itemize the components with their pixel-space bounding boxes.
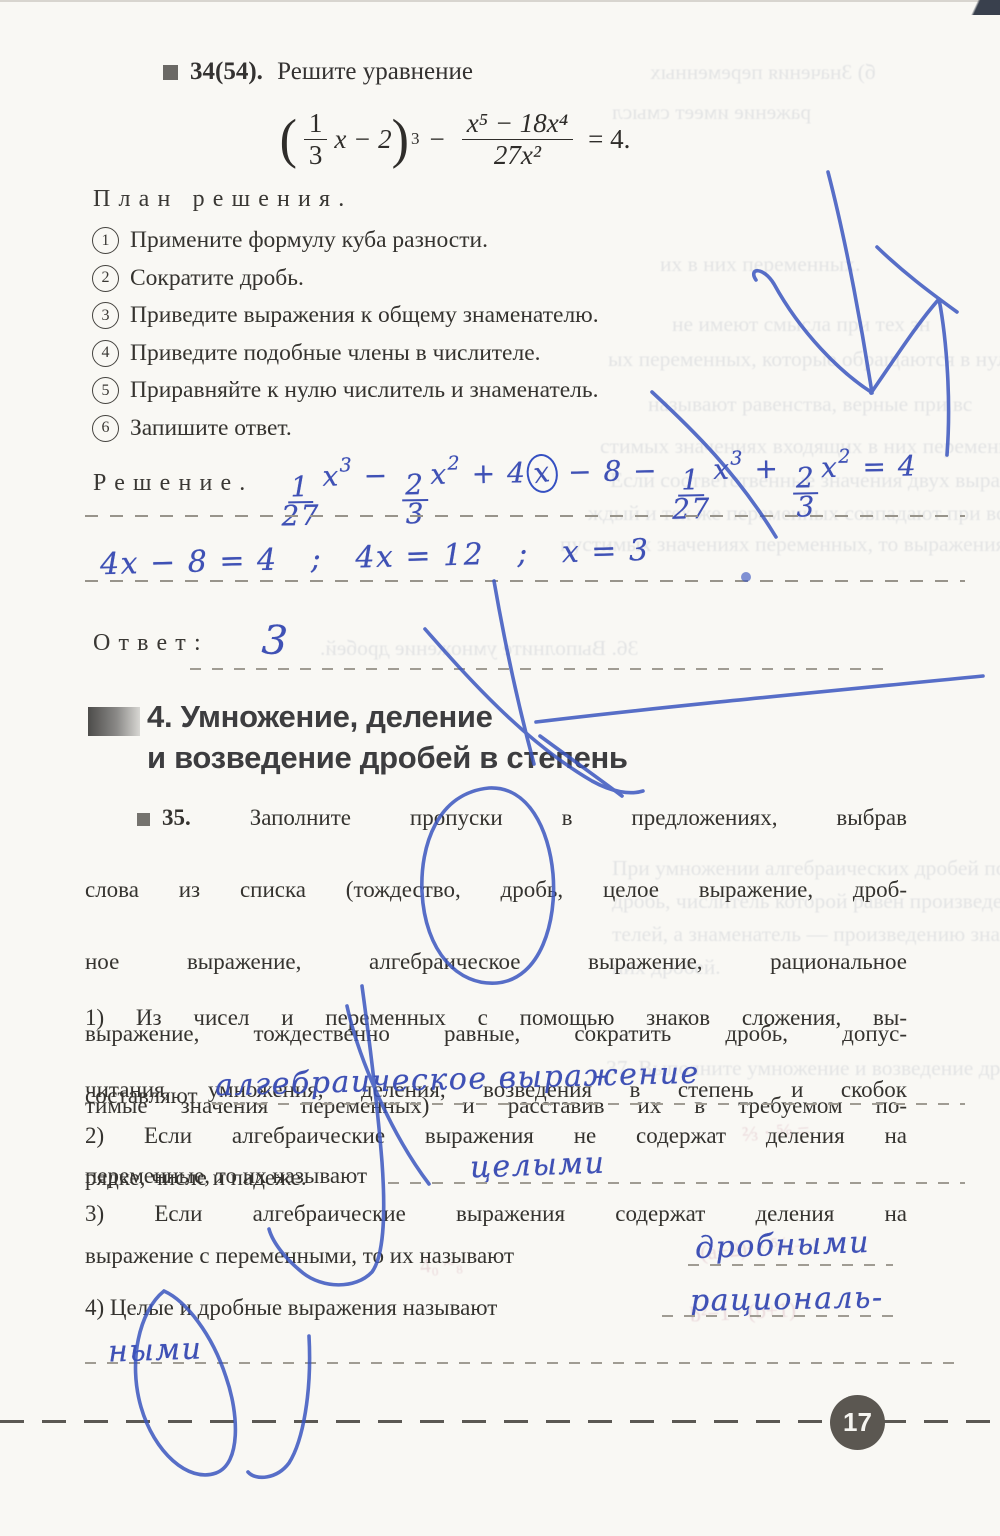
write-line — [190, 668, 890, 670]
item-4: 4) Целые и дробные выражения называют — [85, 1290, 497, 1326]
problem-35-line: слова из списка (тождество, дробь, целое… — [85, 872, 907, 944]
problem-number: 35. — [162, 805, 191, 830]
scan-top-edge — [0, 0, 1000, 2]
write-line — [85, 580, 965, 582]
handwritten-answer: 3 — [260, 617, 290, 665]
bleed-text: б) Значения переменных — [650, 60, 876, 85]
plan-item: 4 Приведите подобные члены в числителе. — [92, 335, 892, 373]
open-paren: ( — [280, 108, 297, 170]
page-number: 17 — [843, 1407, 872, 1438]
problem-bullet-icon — [163, 65, 178, 80]
fraction-one-third: 1 3 — [304, 109, 328, 169]
plan-heading: План решения. — [93, 186, 352, 213]
scan-corner-shadow — [954, 0, 1000, 15]
cube-exponent: 3 — [411, 129, 420, 149]
problem-35-line: 35. Заполните пропуски в предложениях, в… — [85, 800, 907, 872]
handwritten-answer-3: дробными — [694, 1225, 870, 1266]
problem-34-header: 34(54). Решите уравнение — [163, 58, 473, 86]
bleed-text: 36. Выполните умножение дробей. — [320, 636, 638, 661]
item-1-answer-row: составляют — [85, 1078, 198, 1114]
item-3-answer-row: выражение с переменными, то их называют — [85, 1238, 514, 1274]
circled-number-icon: 6 — [92, 415, 119, 442]
plan-item: 2 Сократите дробь. — [92, 260, 892, 298]
plan-list: 1 Примените формулу куба разности. 2 Сок… — [92, 222, 892, 447]
write-line — [85, 1362, 965, 1364]
problem-number: 34(54). — [190, 58, 263, 85]
section-title: 4. Умножение, деление и возведение дробе… — [147, 696, 628, 778]
handwritten-answer-4b: ными — [107, 1331, 203, 1369]
write-line — [688, 1264, 893, 1266]
close-paren: ) — [392, 108, 409, 170]
item-2-answer-row: переменные, то их называют — [85, 1158, 367, 1194]
problem-title: Решите уравнение — [277, 58, 473, 85]
circled-number-icon: 3 — [92, 302, 119, 329]
circled-number-icon: 4 — [92, 340, 119, 367]
equation-rhs: = 4. — [588, 124, 630, 155]
pen-stroke — [939, 299, 949, 455]
equation-mid: x − 2 — [334, 124, 391, 155]
plan-item: 5 Приравняйте к нулю числитель и знамена… — [92, 372, 892, 410]
circled-number-icon: 2 — [92, 265, 119, 292]
plan-item: 6 Запишите ответ. — [92, 410, 892, 448]
write-line — [388, 1182, 965, 1184]
circled-number-icon: 5 — [92, 377, 119, 404]
handwritten-solution-line2: 4x − 8 = 4 ; 4x = 12 ; x = 3 — [100, 533, 650, 582]
page-number-badge: 17 — [830, 1395, 885, 1450]
answer-label: Ответ: — [93, 630, 209, 657]
equation: ( 1 3 x − 2 ) 3 − x⁵ − 18x⁴ 27x² = 4. — [85, 98, 825, 180]
problem-bullet-icon — [137, 813, 150, 826]
minus-sign: − — [429, 124, 444, 155]
section-gradient-bar — [88, 707, 140, 736]
solution-heading: Решение. — [93, 470, 253, 497]
plan-item: 1 Примените формулу куба разности. — [92, 222, 892, 260]
write-line — [662, 1315, 900, 1317]
write-line — [85, 515, 965, 517]
write-line — [212, 1103, 965, 1105]
workbook-page: б) Значения переменных ражение имеет смы… — [0, 0, 1000, 1536]
circled-number-icon: 1 — [92, 227, 119, 254]
handwritten-answer-2: целыми — [469, 1146, 606, 1186]
pen-stroke — [248, 1336, 310, 1477]
plan-item: 3 Приведите выражения к общему знаменате… — [92, 297, 892, 335]
pen-circled-x: x — [524, 452, 560, 495]
fraction-rational: x⁵ − 18x⁴ 27x² — [462, 109, 573, 169]
handwritten-answer-4a: рациональ- — [690, 1280, 884, 1318]
